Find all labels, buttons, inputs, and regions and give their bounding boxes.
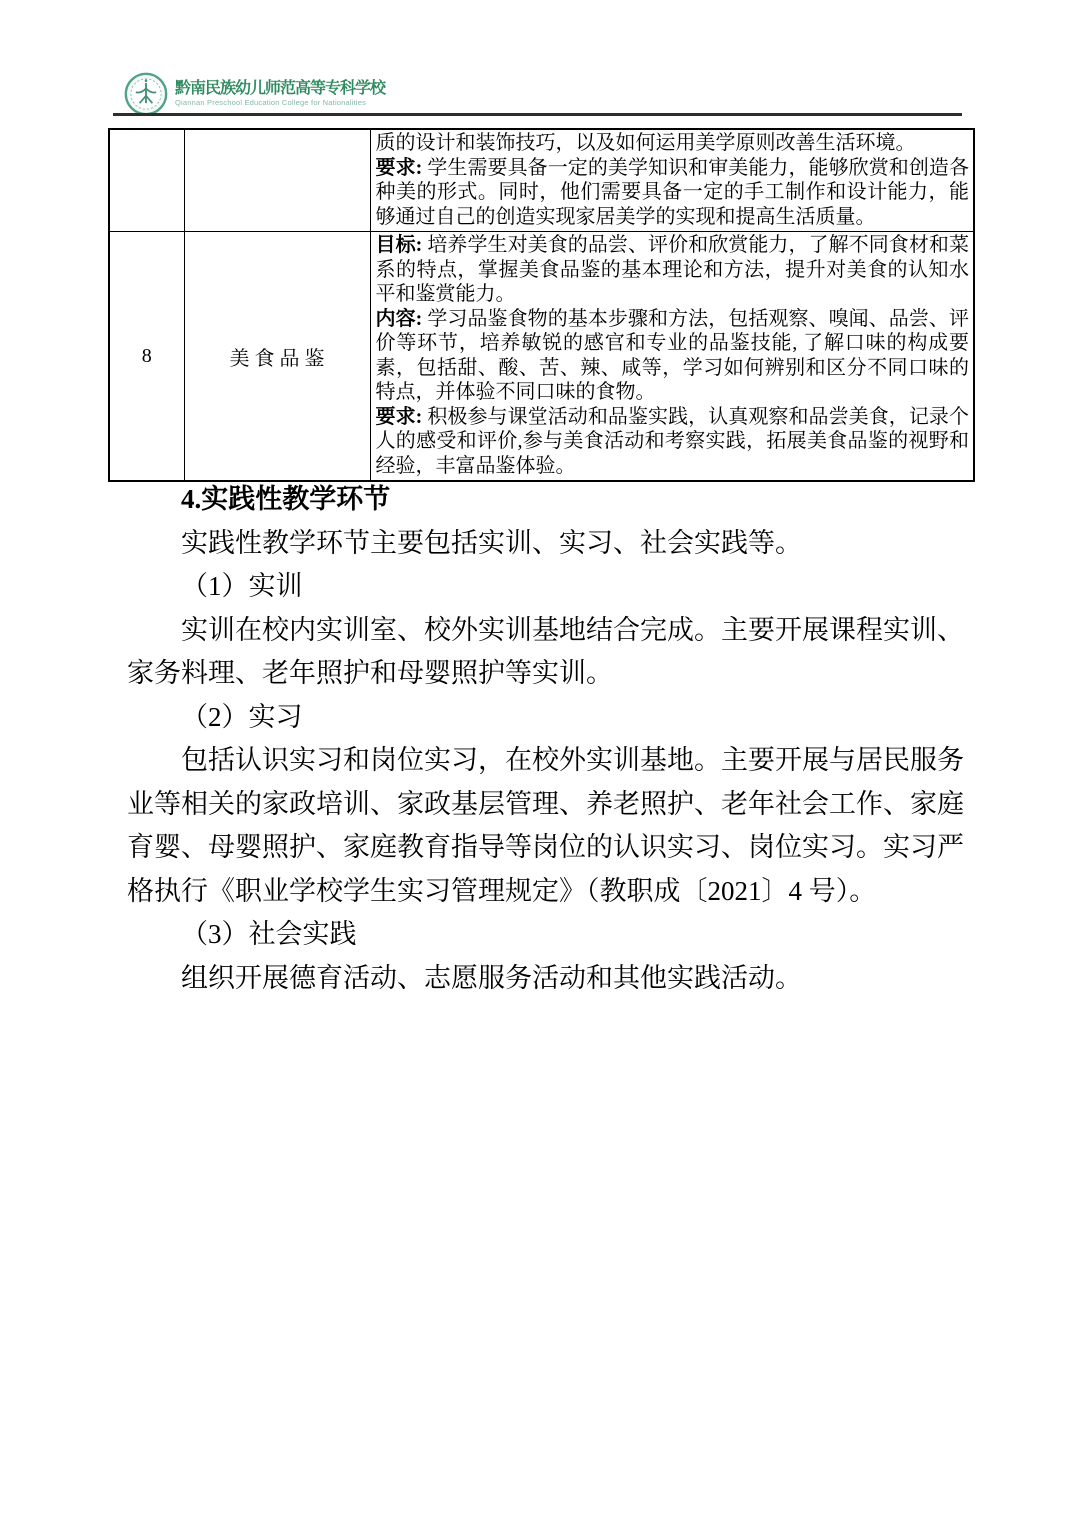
paragraph-shixun: 实训在校内实训室、校外实训基地结合完成。主要开展课程实训、家务料理、老年照护和母…	[127, 609, 964, 696]
content-text: 学习品鉴食物的基本步骤和方法，包括观察、嗅闻、品尝、评价等环节，培养敏锐的感官和…	[376, 308, 970, 404]
goal-text: 培养学生对美食的品尝、评价和欣赏能力，了解不同食材和菜系的特点，掌握美食品鉴的基…	[376, 234, 970, 305]
desc-continued-line: 质的设计和装饰技巧，以及如何运用美学原则改善生活环境。	[376, 131, 970, 156]
cell-course-name-empty	[184, 129, 370, 232]
requirement-text: 学生需要具备一定的美学知识和审美能力，能够欣赏和创造各种美的形式。同时，他们需要…	[376, 157, 970, 228]
section-heading: 4.实践性教学环节	[127, 478, 964, 522]
document-body: 4.实践性教学环节 实践性教学环节主要包括实训、实习、社会实践等。 （1）实训 …	[127, 478, 964, 1000]
cell-course-name: 美食品鉴	[184, 232, 370, 482]
requirement-text: 积极参与课堂活动和品鉴实践，认真观察和品尝美食，记录个人的感受和评价,参与美食活…	[376, 406, 970, 477]
requirement-label: 要求:	[376, 157, 423, 179]
subheading-shixun: （1）实训	[127, 565, 964, 609]
paragraph-shehuishijian: 组织开展德育活动、志愿服务活动和其他实践活动。	[127, 957, 964, 1001]
school-logo-text: 黔南民族幼儿师范高等专科学校 Qiannan Preschool Educati…	[175, 72, 385, 108]
content-label: 内容:	[376, 308, 423, 330]
cell-row-number-empty	[109, 129, 184, 232]
document-page: 黔南民族幼儿师范高等专科学校 Qiannan Preschool Educati…	[0, 0, 1074, 1520]
cell-row-number: 8	[109, 232, 184, 482]
paragraph-intro: 实践性教学环节主要包括实训、实习、社会实践等。	[127, 522, 964, 566]
school-name-calligraphy: 黔南民族幼儿师范高等专科学校	[175, 81, 385, 97]
desc-text: 质的设计和装饰技巧，以及如何运用美学原则改善生活环境。	[376, 132, 916, 154]
desc-content: 内容: 学习品鉴食物的基本步骤和方法，包括观察、嗅闻、品尝、评价等环节，培养敏锐…	[376, 307, 970, 405]
cell-course-desc: 目标: 培养学生对美食的品尝、评价和欣赏能力，了解不同食材和菜系的特点，掌握美食…	[370, 232, 974, 482]
goal-label: 目标:	[376, 234, 423, 256]
subheading-shixi: （2）实习	[127, 696, 964, 740]
subheading-shehuishijian: （3）社会实践	[127, 913, 964, 957]
table-row-continuation: 质的设计和装饰技巧，以及如何运用美学原则改善生活环境。 要求: 学生需要具备一定…	[109, 129, 974, 232]
school-logo: 黔南民族幼儿师范高等专科学校 Qiannan Preschool Educati…	[124, 72, 385, 116]
school-name-english: Qiannan Preschool Education College for …	[175, 97, 385, 108]
course-table: 质的设计和装饰技巧，以及如何运用美学原则改善生活环境。 要求: 学生需要具备一定…	[108, 128, 975, 482]
school-seal-icon	[124, 72, 168, 116]
desc-goal: 目标: 培养学生对美食的品尝、评价和欣赏能力，了解不同食材和菜系的特点，掌握美食…	[376, 233, 970, 307]
cell-course-desc-continued: 质的设计和装饰技巧，以及如何运用美学原则改善生活环境。 要求: 学生需要具备一定…	[370, 129, 974, 232]
table-row-8: 8 美食品鉴 目标: 培养学生对美食的品尝、评价和欣赏能力，了解不同食材和菜系的…	[109, 232, 974, 482]
paragraph-shixi: 包括认识实习和岗位实习，在校外实训基地。主要开展与居民服务业等相关的家政培训、家…	[127, 739, 964, 913]
requirement-label: 要求:	[376, 406, 423, 428]
desc-requirement: 要求: 积极参与课堂活动和品鉴实践，认真观察和品尝美食，记录个人的感受和评价,参…	[376, 405, 970, 479]
desc-requirement: 要求: 学生需要具备一定的美学知识和审美能力，能够欣赏和创造各种美的形式。同时，…	[376, 156, 970, 230]
header-divider	[113, 113, 962, 116]
